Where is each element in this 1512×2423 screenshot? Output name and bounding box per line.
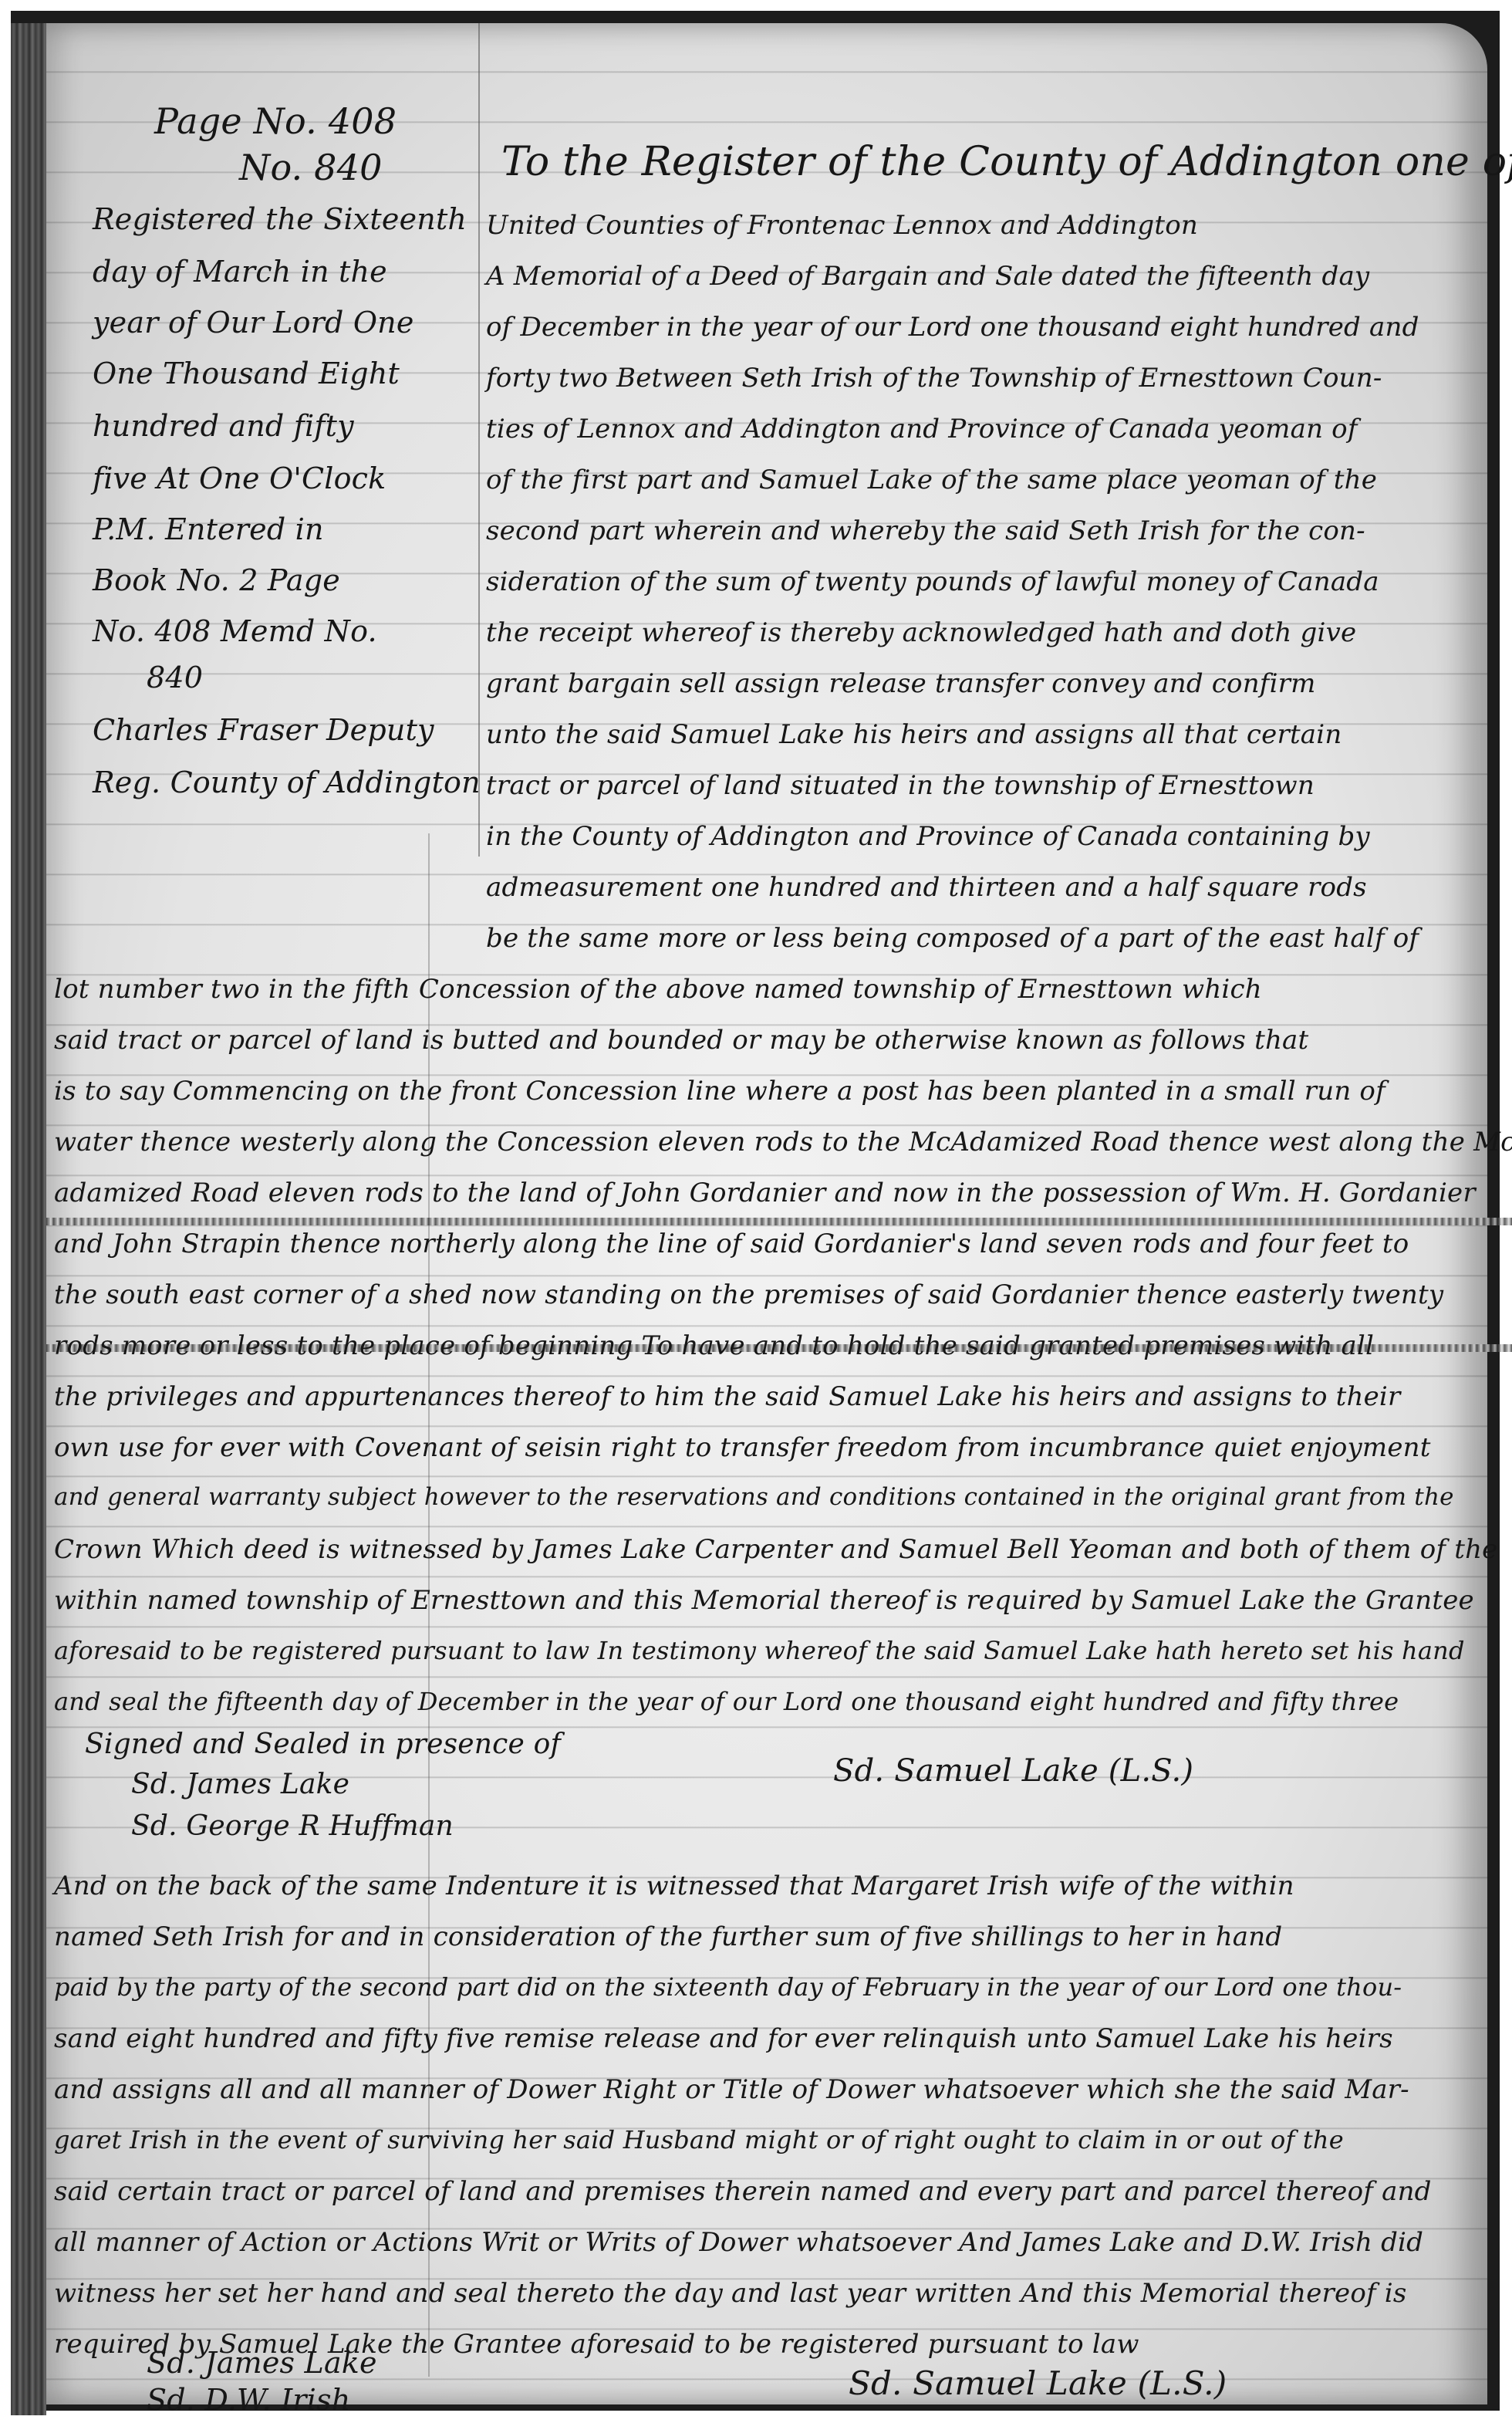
book-binding [11,23,46,2415]
page-ref: Page No. 408 [154,100,397,142]
witness-signature: Sd. James Lake [147,2346,377,2380]
document-title: To the Register of the County of Addingt… [501,139,1512,185]
grantee-signature: Sd. Samuel Lake (L.S.) [833,1753,1193,1789]
memorial-number: No. 840 [239,147,383,188]
grantee-signature: Sd. Samuel Lake (L.S.) [849,2364,1227,2402]
margin-rule [478,23,480,857]
deputy-registrar: Charles Fraser Deputy [93,713,434,747]
witness-heading: Signed and Sealed in presence of [85,1729,561,1760]
witness-signature: Sd. George R Huffman [131,1810,454,1842]
witness-signature: Sd. D.W. Irish [147,2383,350,2417]
witness-signature: Sd. James Lake [131,1769,349,1800]
scan-artifact [46,1218,1512,1225]
